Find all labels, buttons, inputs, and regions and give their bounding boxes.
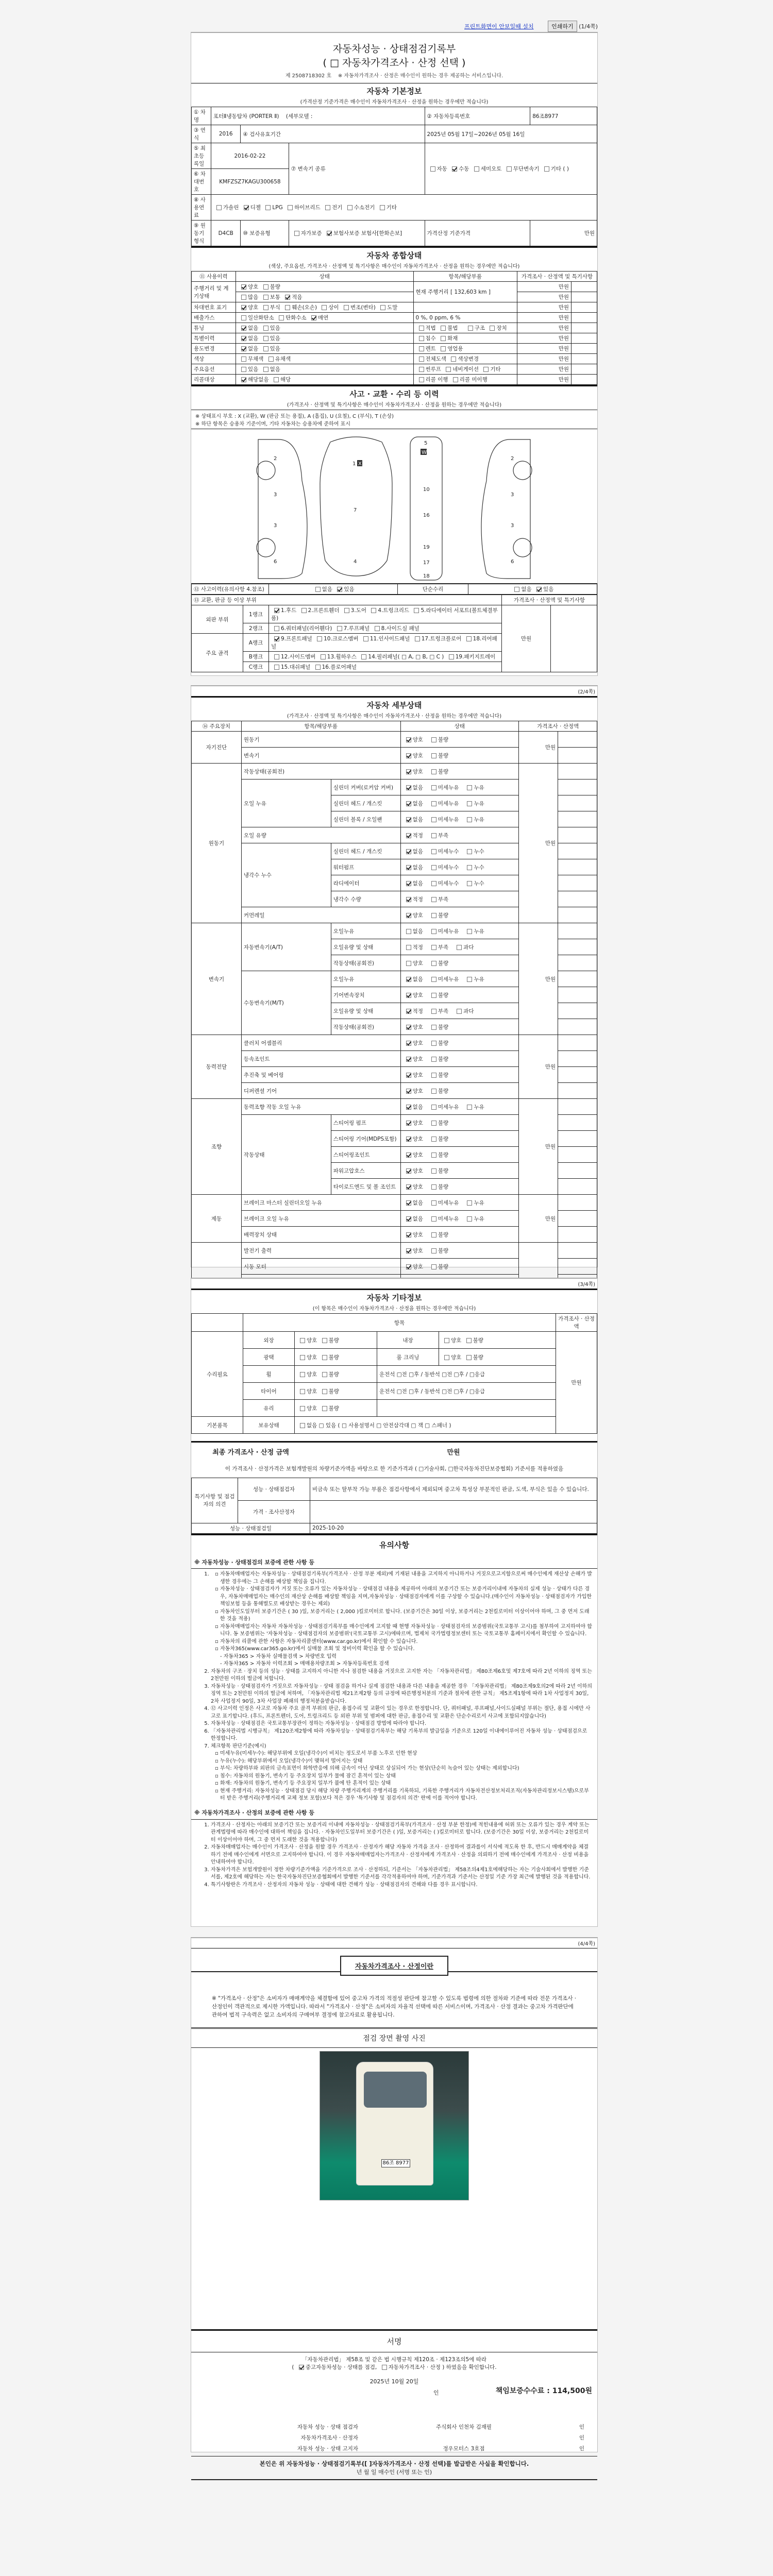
notice-section-1-title: ※ 자동차성능 · 상태점검의 보증에 관한 사항 등 (191, 1556, 597, 1569)
checkbox[interactable] (263, 336, 268, 341)
checkbox-label: 불량 (438, 769, 448, 775)
checkbox[interactable] (317, 636, 322, 641)
table-row: 타이어양호 불량운전석 □전 □후 / 동반석 □전 □후 / □응급 (192, 1383, 597, 1400)
checkbox-label: 부족 (438, 833, 448, 839)
checkbox[interactable] (265, 205, 271, 210)
checkbox[interactable] (406, 1057, 411, 1062)
checkbox[interactable] (406, 1248, 411, 1253)
checkbox[interactable] (241, 284, 246, 290)
checkbox[interactable] (406, 1089, 411, 1094)
checkbox[interactable] (431, 785, 436, 790)
signer-row: 자동차 성능 · 상태 점검자주식회사 인천차 김재필인 (191, 2421, 597, 2432)
checkbox[interactable] (406, 865, 411, 870)
checkbox[interactable] (431, 817, 436, 822)
checkbox[interactable] (467, 881, 472, 886)
checkbox[interactable] (241, 346, 246, 351)
checkbox-label: 자동차가격조사 · 산정 ) 하였음을 확인합니다. (389, 2364, 497, 2370)
checkbox[interactable] (406, 929, 411, 934)
checkbox-label: 양호 (413, 1264, 423, 1270)
checkbox[interactable] (414, 608, 419, 613)
checkbox-label: 누유 (474, 928, 484, 935)
checkbox[interactable] (406, 849, 411, 854)
checkbox-label: 누유 (474, 1104, 484, 1110)
page-3-indicator: (3/4쪽) (191, 1279, 597, 1289)
checkbox[interactable] (380, 205, 385, 210)
checkbox[interactable] (431, 1057, 436, 1062)
checkbox[interactable] (406, 817, 411, 822)
checkbox[interactable] (431, 1041, 436, 1046)
checkbox[interactable] (406, 1137, 411, 1142)
checkbox[interactable] (241, 326, 246, 331)
column-header: 항목/해당부품 (241, 721, 400, 732)
checkbox[interactable] (263, 346, 268, 351)
checkbox[interactable] (419, 326, 424, 331)
checkbox-label: 중고자동차성능 · 상태를 점검, (306, 2364, 377, 2370)
inspection-photo: 86조 8977 (320, 2051, 469, 2200)
overall-status-table: ⑪ 사용이력상태항목/해당부품가격조사 · 산정액 및 특기사항주행거리 및 계… (191, 271, 597, 385)
checkbox[interactable] (431, 1105, 436, 1110)
checkbox[interactable] (466, 636, 472, 641)
checkbox-label: 전체도색 (426, 356, 447, 362)
checkbox[interactable] (457, 1009, 462, 1014)
checkbox[interactable] (241, 367, 246, 372)
checkbox[interactable] (274, 665, 279, 670)
svg-text:19: 19 (423, 545, 430, 550)
checkbox[interactable] (241, 336, 246, 341)
svg-text:1: 1 (352, 461, 356, 467)
checkbox[interactable] (419, 377, 424, 382)
svg-text:3: 3 (511, 523, 514, 529)
checkbox-label: 미세누유 (438, 1104, 459, 1110)
table-row: 수리필요외장양호 불량내장양호 불량만원 (192, 1332, 597, 1349)
checkbox-label: 일산화탄소 (248, 315, 274, 321)
checkbox-label: 불법 (447, 325, 458, 331)
checkbox-label: 미세누유 (438, 801, 459, 807)
checkbox[interactable] (315, 665, 321, 670)
notice-path: - 자동차365 > 자동차 이력조회 > 매매용차량조회 > 자동차등록번호 … (220, 1660, 592, 1668)
checkbox[interactable] (406, 961, 411, 966)
checkbox-label: 보통 (270, 294, 280, 300)
first-reg-label: ⑤ 최초등록일 (192, 143, 211, 169)
checkbox[interactable] (544, 166, 549, 172)
checkbox[interactable] (431, 945, 436, 950)
checkbox-label: 양호 (413, 1136, 423, 1142)
svg-text:4: 4 (354, 559, 357, 565)
checkbox-label: 11.인사이드패널 (370, 636, 410, 642)
law-reference: 「자동차관리법」 제58조 및 같은 법 시행규칙 제120조 · 제123조의… (191, 2352, 597, 2363)
checkbox[interactable] (431, 897, 436, 902)
checkbox-label: 양호 (413, 737, 423, 743)
checkbox[interactable] (337, 587, 342, 592)
checkbox-label: 불량 (438, 1232, 448, 1238)
checkbox[interactable] (347, 205, 352, 210)
checkbox[interactable] (431, 801, 436, 806)
checkbox[interactable] (431, 1009, 436, 1014)
checkbox[interactable] (371, 608, 376, 613)
checkbox-label: 누유 (474, 785, 484, 791)
accident-history-table: ⑫ 사고이력(유의사항 4.참조)없음 있음단순수리없음 있음 (191, 584, 597, 595)
checkbox[interactable] (406, 1009, 411, 1014)
price-header: 가격조사 · 산정액 (556, 1314, 597, 1332)
checkbox[interactable] (430, 166, 435, 172)
checkbox[interactable] (431, 865, 436, 870)
checkbox-label: 없음 (413, 976, 423, 982)
checkbox[interactable] (315, 587, 321, 592)
checkbox[interactable] (279, 315, 284, 320)
page-3: (3/4쪽) 자동차 기타정보 (이 항목은 매수인이 자동차가격조사 · 산정… (191, 1278, 598, 1927)
checkbox[interactable] (244, 205, 249, 210)
checkbox[interactable] (274, 626, 279, 631)
checkbox[interactable] (285, 295, 290, 300)
table-row: 기본품목보유상태없음 □ 있음 ( □ 사용설명서 □ 안전삼각대 □ 잭 □ … (192, 1417, 597, 1434)
first-reg: 2016-02-22 (211, 143, 289, 169)
checkbox[interactable] (507, 166, 512, 172)
checkbox-label: 없음 (322, 586, 332, 592)
checkbox[interactable] (431, 881, 436, 886)
criteria-item: 누유(누수): 해당부위에서 오일(냉각수)이 맺혀서 떨어지는 상태 (220, 1758, 592, 1766)
print-button[interactable]: 인쇄하기 (548, 21, 577, 32)
checkbox[interactable] (406, 1073, 411, 1078)
checkbox[interactable] (431, 753, 436, 758)
checkbox[interactable] (274, 608, 279, 613)
warranty-fee: 책임보증수수료 : 114,500원 (496, 2385, 592, 2396)
accident-note: (가격조사 · 산정액 및 특기사항은 매수인이 자동차가격조사 · 산정을 원… (191, 400, 597, 410)
checkbox-label: 불량 (438, 737, 448, 743)
checkbox[interactable] (431, 1248, 436, 1253)
checkbox[interactable] (467, 929, 472, 934)
checkbox[interactable] (363, 636, 368, 641)
checkbox[interactable] (406, 1184, 411, 1190)
checkbox[interactable] (375, 626, 380, 631)
simple-repair-options: 없음 있음 (468, 584, 597, 595)
page-4-indicator: (4/4쪽) (191, 1938, 597, 1948)
checkbox-label: 8.사이드실 패널 (381, 625, 419, 632)
notice-item: 자동차매매업자는 자동차성능 · 상태점검기록부(가격조사 · 산정 부분 제외… (220, 1571, 592, 1586)
checkbox[interactable] (467, 817, 472, 822)
checkbox[interactable] (431, 1232, 436, 1238)
checkbox-label: 양호 (413, 1120, 423, 1126)
checkbox[interactable] (431, 929, 436, 934)
checkbox-label: 구조 (475, 325, 485, 331)
checkbox-label: 기타 (490, 366, 500, 372)
checkbox-label: 누유 (474, 801, 484, 807)
checkbox[interactable] (406, 1216, 411, 1222)
checkbox[interactable] (431, 1121, 436, 1126)
checkbox[interactable] (467, 785, 472, 790)
checkbox[interactable] (322, 305, 327, 310)
final-price-table: 최종 가격조사 · 산정 금액만원 이 가격조사 · 산정가격은 보험개발원의 … (191, 1443, 597, 1534)
checkbox[interactable] (431, 769, 436, 774)
engine-label: ⑨ 원동기형식 (192, 221, 211, 246)
checkbox-label: 없음 (413, 1104, 423, 1110)
checkbox[interactable] (241, 315, 246, 320)
checkbox[interactable] (406, 769, 411, 774)
checkbox[interactable] (431, 1025, 436, 1030)
checkbox[interactable] (406, 1232, 411, 1238)
checkbox[interactable] (406, 1025, 411, 1030)
buyer-confirmation: 본인은 위 자동차성능 · 상태점검기록부([ ]자동차가격조사 · 산정 선택… (191, 2460, 597, 2468)
checkbox[interactable] (274, 377, 279, 382)
checkbox-label: 누유 (474, 817, 484, 823)
checkbox[interactable] (263, 367, 268, 372)
basic-info-note: (가격산정 기준가격은 매수인이 자동차가격조사 · 산정을 원하는 경우에만 … (191, 97, 597, 107)
checkbox[interactable] (431, 1264, 436, 1269)
checkbox[interactable] (406, 977, 411, 982)
checkbox-label: 양호 (413, 1040, 423, 1046)
checkbox[interactable] (406, 1041, 411, 1046)
checkbox[interactable] (483, 367, 489, 372)
checkbox[interactable] (431, 849, 436, 854)
checkbox-label: 불량 (438, 1152, 448, 1158)
notice-section-1: ※ 자동차성능 · 상태점검의 보증에 관한 사항 등 자동차매매업자는 자동차… (191, 1554, 597, 1891)
checkbox[interactable] (380, 305, 385, 310)
checkbox[interactable] (406, 993, 411, 998)
checkbox[interactable] (449, 654, 454, 659)
checkbox-label: 있음 (270, 346, 280, 352)
column-header: ⑭ 주요장치 (192, 721, 242, 732)
checkbox[interactable] (490, 326, 495, 331)
checkbox[interactable] (274, 654, 279, 659)
checkbox[interactable] (311, 315, 316, 320)
table-row: 조향동력조향 작동 오일 누유없음미세누유누유만원 (192, 1099, 597, 1115)
checkbox[interactable] (344, 608, 349, 613)
checkbox[interactable] (419, 357, 424, 362)
checkbox[interactable] (406, 881, 411, 886)
checkbox[interactable] (263, 295, 268, 300)
checkbox[interactable] (467, 849, 472, 854)
checkbox[interactable] (419, 367, 424, 372)
inspect-valid-label: ④ 검사유효기간 (241, 125, 425, 143)
checkbox[interactable] (457, 945, 462, 950)
checkbox[interactable] (431, 977, 436, 982)
checkbox-label: 자가보증 (301, 230, 322, 236)
checkbox-label: 없음 (413, 801, 423, 807)
checkbox-label: 적음 (292, 294, 302, 300)
checkbox[interactable] (536, 587, 542, 592)
checkbox[interactable] (467, 801, 472, 806)
notice-section-2-title: ※ 자동차가격조사 · 산정의 보증에 관한 사항 등 (191, 1807, 597, 1820)
checkbox[interactable] (415, 636, 420, 641)
checkbox[interactable] (268, 357, 274, 362)
notice-item: 「자동차관리법 시행규칙」 제120조제2항에 따라 자동차성능 · 상태점검기… (211, 1728, 592, 1743)
vin: KMFZSZ7KAGU300658 (211, 169, 289, 195)
checkbox[interactable] (441, 346, 446, 351)
checkbox-label: 없음 (413, 1200, 423, 1206)
checkbox-label: 없음 (521, 586, 531, 592)
svg-text:10: 10 (423, 487, 430, 493)
checkbox[interactable] (431, 1168, 436, 1174)
buyer-signature-line[interactable]: 년 월 일 매수인 (서명 또는 인) (191, 2468, 597, 2476)
checkbox-label: 19.패키지트레이 (456, 654, 496, 660)
table-row: 자기진단원동기양호불량만원 (192, 732, 597, 748)
checkbox[interactable] (263, 326, 268, 331)
checkbox-label: 전기 (332, 205, 342, 211)
checkbox[interactable] (216, 205, 222, 210)
checkbox-label: 미세누유 (438, 928, 459, 935)
checkbox[interactable] (452, 166, 457, 172)
checkbox[interactable] (431, 1153, 436, 1158)
checkbox[interactable] (263, 284, 268, 290)
notice-item: 자동차가격은 보험개발원이 정한 차량기준가액을 기준가격으로 조사 · 산정하… (211, 1867, 592, 1882)
checkbox[interactable] (406, 913, 411, 918)
checkbox[interactable] (382, 2365, 387, 2370)
fuel-label: ⑧ 사용연료 (192, 195, 211, 221)
checkbox[interactable] (431, 961, 436, 966)
year-label: ③ 연식 (192, 125, 211, 143)
checkbox[interactable] (474, 166, 479, 172)
checkbox[interactable] (299, 2365, 304, 2370)
checkbox[interactable] (361, 654, 366, 659)
checkbox-label: 양호 (413, 1072, 423, 1078)
checkbox[interactable] (406, 737, 411, 742)
checkbox[interactable] (451, 357, 456, 362)
checkbox-label: 부족 (438, 896, 448, 903)
checkbox[interactable] (467, 1216, 472, 1222)
checkbox[interactable] (419, 336, 424, 341)
checkbox[interactable] (406, 1121, 411, 1126)
checkbox[interactable] (453, 377, 458, 382)
checkbox-label: 미세누유 (438, 1200, 459, 1206)
checkbox-label: 부식 (270, 304, 280, 311)
fuel-options: 가솔린 디젤 LPG 하이브리드 전기 수소전기 기타 (211, 195, 597, 221)
other-info-note: (이 항목은 매수인이 자동차가격조사 · 산정을 원하는 경우에만 적습니다) (191, 1304, 597, 1313)
checkbox-label: 9.프론트패널 (281, 636, 312, 642)
checkbox[interactable] (288, 205, 293, 210)
checkbox-label: 3.도어 (351, 607, 366, 614)
checkbox-label: 적정 (413, 1008, 423, 1014)
checkbox[interactable] (431, 1216, 436, 1222)
checkbox[interactable] (467, 977, 472, 982)
transmission-label: ⑦ 변속기 종류 (289, 143, 425, 195)
document-subtitle: ( □ 자동차가격조사 · 산정 선택 ) (191, 55, 597, 69)
checkbox[interactable] (431, 1184, 436, 1190)
checkbox[interactable] (241, 305, 246, 310)
checkbox[interactable] (419, 346, 424, 351)
checkbox[interactable] (241, 377, 246, 382)
checkbox[interactable] (406, 785, 411, 790)
checkbox-label: 양호 (248, 304, 258, 311)
checkbox-label: 없음 (413, 865, 423, 871)
checkbox-label: 없음 (413, 928, 423, 935)
svg-text:16: 16 (423, 513, 430, 518)
checkbox[interactable] (406, 1264, 411, 1269)
car-name-label: ① 차명 (192, 107, 211, 125)
checkbox[interactable] (406, 753, 411, 758)
checkbox-label: 누유 (474, 976, 484, 982)
checkbox[interactable] (431, 913, 436, 918)
checkbox[interactable] (301, 608, 307, 613)
checkbox[interactable] (468, 326, 473, 331)
checkbox[interactable] (327, 231, 332, 236)
checkbox-label: 누수 (474, 849, 484, 855)
checkbox-label: 미세누수 (438, 880, 459, 887)
checkbox[interactable] (406, 945, 411, 950)
checkbox-label: 세미오토 (481, 166, 502, 172)
other-info-table: 항목가격조사 · 산정액수리필요외장양호 불량내장양호 불량만원광택양호 불량룸… (191, 1313, 597, 1434)
notice-item: 자동차365(www.car365.go.kr)에서 실매물 조회 및 정비이력… (220, 1646, 592, 1653)
checkbox[interactable] (431, 737, 436, 742)
checkbox[interactable] (241, 295, 246, 300)
accident-history-label: ⑫ 사고이력(유의사항 4.참조) (192, 584, 269, 595)
checkbox[interactable] (406, 897, 411, 902)
checkbox[interactable] (406, 801, 411, 806)
checkbox[interactable] (446, 367, 451, 372)
table-row: 용도변경없음 있음렌트 영업용만원 (192, 344, 597, 354)
checkbox[interactable] (467, 1200, 472, 1206)
detail-title: 자동차 세부상태 (191, 698, 597, 711)
checkbox-label: 적정 (413, 896, 423, 903)
document-title: 자동차성능 · 상태점검기록부 (191, 41, 597, 55)
appraiser-label: 가격 · 조사산정자 (238, 1500, 310, 1523)
checkbox[interactable] (274, 636, 279, 641)
page-2: (2/4쪽) 자동차 세부상태 (가격조사 · 산정액 및 특기사항은 매수인이… (191, 685, 598, 1267)
checkbox-label: 불량 (438, 1072, 448, 1078)
checkbox[interactable] (431, 833, 436, 838)
install-print-link[interactable]: 프린트화면이 안보일때 설치 (464, 23, 534, 30)
checkbox[interactable] (241, 357, 246, 362)
page-2-indicator: (2/4쪽) (191, 686, 597, 696)
overall-note: (색상, 주요옵션, 가격조사 · 산정액 및 특기사항은 매수인이 자동차가격… (191, 262, 597, 271)
base-price-label: 가격산정 기준가격 (425, 221, 530, 246)
checkbox[interactable] (431, 1089, 436, 1094)
table-row: 전기발전기 출력양호불량만원 (192, 1243, 597, 1259)
basic-info-table: ① 차명포터Ⅱ냉동탑차 (PORTER Ⅱ) (세부모델 :② 자동차등록번호8… (191, 107, 597, 246)
checkbox[interactable] (514, 587, 519, 592)
checkbox-label: 양호 (413, 912, 423, 919)
checkbox-label: 미세누유 (438, 976, 459, 982)
checkbox[interactable] (263, 305, 268, 310)
signers-table: 자동차 성능 · 상태 점검자주식회사 인천차 김재필인자동차가격조사 · 산정… (191, 2421, 597, 2454)
confirm-options: ( 중고자동차성능 · 상태를 점검, 자동차가격조사 · 산정 ) 하였음을 … (191, 2363, 597, 2371)
checkbox[interactable] (467, 1105, 472, 1110)
checkbox-label: 누유 (474, 1200, 484, 1206)
checkbox-label: 리콜 이행 (426, 377, 448, 383)
checkbox[interactable] (406, 1168, 411, 1174)
checkbox[interactable] (431, 993, 436, 998)
service-note: ※ 자동차가격조사 · 산정은 매수인이 원하는 경우 제공하는 서비스입니다. (338, 73, 503, 79)
checkbox[interactable] (431, 1200, 436, 1206)
checkbox[interactable] (406, 1200, 411, 1206)
item-header: 항목 (243, 1314, 556, 1332)
table-row: 주요옵션있음 없음썬루프 네비게이션 기타만원 (192, 364, 597, 375)
checkbox[interactable] (431, 1137, 436, 1142)
checkbox[interactable] (406, 833, 411, 838)
checkbox[interactable] (285, 305, 290, 310)
checkbox[interactable] (467, 865, 472, 870)
checkbox-label: 무채색 (248, 356, 263, 362)
checkbox[interactable] (431, 1073, 436, 1078)
checkbox-label: 불량 (438, 1088, 448, 1094)
checkbox[interactable] (337, 626, 342, 631)
checkbox[interactable] (406, 1153, 411, 1158)
checkbox-label: 양호 (413, 1184, 423, 1190)
checkbox[interactable] (294, 231, 299, 236)
seal-mark: 인 (433, 2388, 439, 2397)
notice-item: 자동차성능 · 상태점검자가 거짓으로 자동차성능 · 상태 점검을 하거나 실… (211, 1683, 592, 1706)
checkbox[interactable] (406, 1105, 411, 1110)
page-1: 자동차성능 · 상태점검기록부 ( □ 자동차가격조사 · 산정 선택 ) 제 … (191, 32, 598, 676)
checkbox[interactable] (441, 336, 446, 341)
checkbox[interactable] (344, 305, 349, 310)
checkbox[interactable] (325, 205, 330, 210)
svg-text:6: 6 (511, 559, 514, 565)
checkbox[interactable] (441, 326, 446, 331)
checkbox[interactable] (321, 654, 326, 659)
checkbox-label: 영업용 (447, 346, 463, 352)
abnormal-parts-table: ⑬ 교환, 판금 등 이상 부위가격조사 · 산정액 및 특기사항외판 부위1랭… (191, 595, 597, 672)
car-name: 포터Ⅱ냉동탑차 (PORTER Ⅱ) (213, 113, 279, 120)
page-indicator: (1/4쪽) (579, 23, 598, 30)
